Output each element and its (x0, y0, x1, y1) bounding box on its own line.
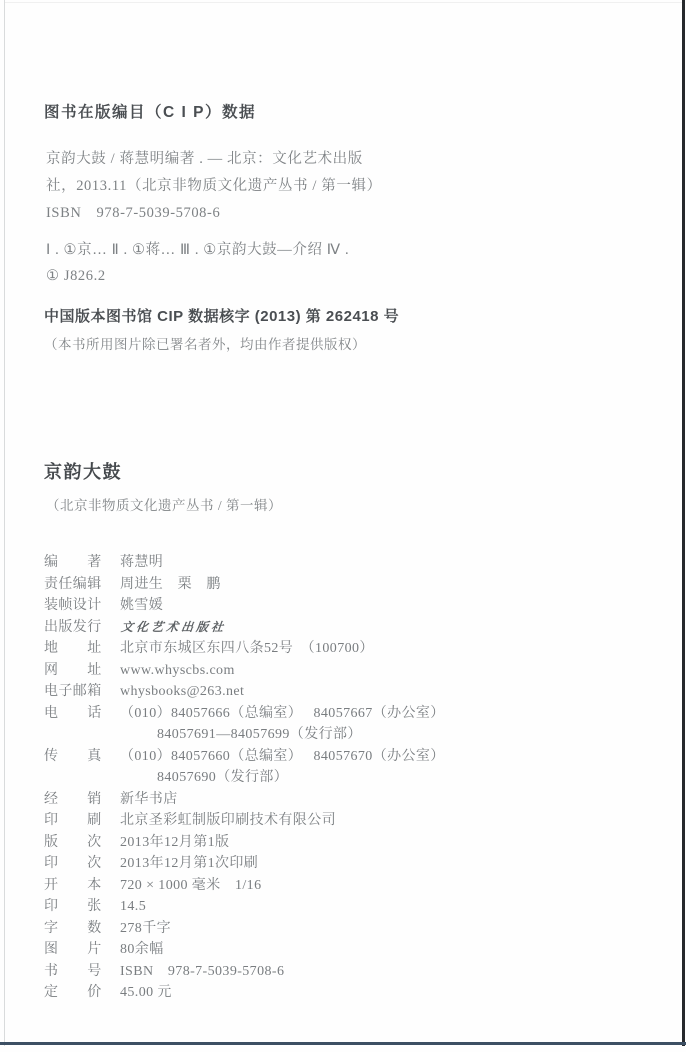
colophon-label: 装帧设计 (44, 595, 102, 617)
colophon-row-price: 定 价 45.00 元 (44, 982, 445, 1004)
colophon-row-fax: 传 真 （010）84057660（总编室） 84057670（办公室） (44, 746, 445, 768)
colophon-label: 网 址 (44, 660, 102, 682)
colophon-value: 720 × 1000 毫米 1/16 (120, 875, 262, 897)
colophon-row-phone-cont: 84057691—84057699（发行部） (44, 724, 445, 746)
colophon-row-sheets: 印 张 14.5 (44, 896, 445, 918)
isbn-number: ISBN 978-7-5039-5708-6 (120, 961, 284, 983)
colophon-row-edition: 版 次 2013年12月第1版 (44, 832, 445, 854)
colophon-row-designer: 装帧设计 姚雪媛 (44, 595, 445, 617)
colophon-label: 电 话 (44, 703, 102, 725)
series-subtitle: （北京非物质文化遗产丛书 / 第一辑） (46, 494, 282, 514)
cip-record-line-1: 京韵大鼓 / 蒋慧明编著 . — 北京：文化艺术出版 (46, 146, 382, 173)
colophon-value: 14.5 (120, 896, 146, 918)
scan-right-edge (682, 0, 685, 1046)
colophon-row-distributor: 经 销 新华书店 (44, 789, 445, 811)
colophon-label: 地 址 (44, 638, 102, 660)
website-url: www.whyscbs.com (120, 660, 235, 682)
colophon-row-address: 地 址 北京市东城区东四八条52号 （100700） (44, 638, 445, 660)
cip-registration-number: 中国版本图书馆 CIP 数据核字 (2013) 第 262418 号 (44, 305, 399, 326)
colophon-label: 版 次 (44, 832, 102, 854)
colophon-label: 传 真 (44, 746, 102, 768)
cip-classification: Ⅰ . ①京… Ⅱ . ①蒋… Ⅲ . ①京韵大鼓—介绍 Ⅳ . ① J826.… (46, 237, 349, 289)
colophon-value: 新华书店 (120, 789, 178, 811)
phone-numbers-cont: 84057691—84057699（发行部） (120, 724, 362, 746)
colophon-label: 印 刷 (44, 810, 102, 832)
colophon-label: 责任编辑 (44, 574, 102, 596)
colophon-label: 定 价 (44, 982, 102, 1004)
colophon-value: 周进生 栗 鹏 (120, 574, 221, 596)
colophon-row-email: 电子邮箱 whysbooks@263.net (44, 681, 445, 703)
colophon-row-wordcount: 字 数 278千字 (44, 918, 445, 940)
colophon-row-fax-cont: 84057690（发行部） (44, 767, 445, 789)
fax-numbers: （010）84057660（总编室） 84057670（办公室） (120, 746, 445, 768)
colophon-label: 出版发行 (44, 617, 102, 639)
colophon-row-pictures: 图 片 80余幅 (44, 939, 445, 961)
colophon-row-editor: 责任编辑 周进生 栗 鹏 (44, 574, 445, 596)
colophon-label: 电子邮箱 (44, 681, 102, 703)
colophon-row-author: 编 著 蒋慧明 (44, 552, 445, 574)
book-copyright-page: 图书在版编目（C I P）数据 京韵大鼓 / 蒋慧明编著 . — 北京：文化艺术… (0, 0, 686, 1052)
colophon-label: 书 号 (44, 961, 102, 983)
cip-record-isbn: ISBN 978-7-5039-5708-6 (46, 200, 382, 227)
colophon-row-format: 开 本 720 × 1000 毫米 1/16 (44, 875, 445, 897)
colophon-row-isbn: 书 号 ISBN 978-7-5039-5708-6 (44, 961, 445, 983)
colophon-value: 2013年12月第1版 (120, 832, 229, 854)
phone-numbers: （010）84057666（总编室） 84057667（办公室） (120, 703, 445, 725)
colophon-row-impression: 印 次 2013年12月第1次印刷 (44, 853, 445, 875)
classification-line-2: ① J826.2 (46, 263, 349, 289)
publisher-logotype: 文化艺术出版社 (120, 617, 227, 639)
colophon-label: 经 销 (44, 789, 102, 811)
colophon-label: 开 本 (44, 875, 102, 897)
book-spine-edge (0, 1042, 686, 1045)
fax-numbers-cont: 84057690（发行部） (120, 767, 288, 789)
cip-record: 京韵大鼓 / 蒋慧明编著 . — 北京：文化艺术出版 社，2013.11（北京非… (46, 146, 382, 227)
colophon-value: 姚雪媛 (120, 595, 163, 617)
colophon-row-phone: 电 话 （010）84057666（总编室） 84057667（办公室） (44, 703, 445, 725)
classification-line-1: Ⅰ . ①京… Ⅱ . ①蒋… Ⅲ . ①京韵大鼓—介绍 Ⅳ . (46, 237, 349, 263)
cip-header: 图书在版编目（C I P）数据 (44, 100, 256, 122)
email-address: whysbooks@263.net (120, 681, 244, 703)
scan-left-edge (4, 0, 5, 1046)
book-title: 京韵大鼓 (44, 458, 122, 484)
colophon-label: 印 次 (44, 853, 102, 875)
colophon-label: 编 著 (44, 552, 102, 574)
colophon-value: 北京圣彩虹制版印刷技术有限公司 (120, 810, 336, 832)
cip-record-line-2: 社，2013.11（北京非物质文化遗产丛书 / 第一辑） (46, 173, 382, 200)
colophon-row-website: 网 址 www.whyscbs.com (44, 660, 445, 682)
scan-top-edge (4, 2, 682, 3)
colophon-value: 80余幅 (120, 939, 164, 961)
colophon-row-printer: 印 刷 北京圣彩虹制版印刷技术有限公司 (44, 810, 445, 832)
price-value: 45.00 元 (120, 982, 172, 1004)
colophon-label: 图 片 (44, 939, 102, 961)
colophon-label: 字 数 (44, 918, 102, 940)
colophon-list: 编 著 蒋慧明 责任编辑 周进生 栗 鹏 装帧设计 姚雪媛 出版发行 文化艺术出… (44, 552, 445, 1004)
colophon-value: 蒋慧明 (120, 552, 163, 574)
colophon-row-publisher: 出版发行 文化艺术出版社 (44, 617, 445, 639)
colophon-value: 北京市东城区东四八条52号 （100700） (120, 638, 374, 660)
colophon-value: 2013年12月第1次印刷 (120, 853, 258, 875)
colophon-label: 印 张 (44, 896, 102, 918)
photo-copyright-note: （本书所用图片除已署名者外，均由作者提供版权） (44, 333, 366, 353)
colophon-value: 278千字 (120, 918, 171, 940)
